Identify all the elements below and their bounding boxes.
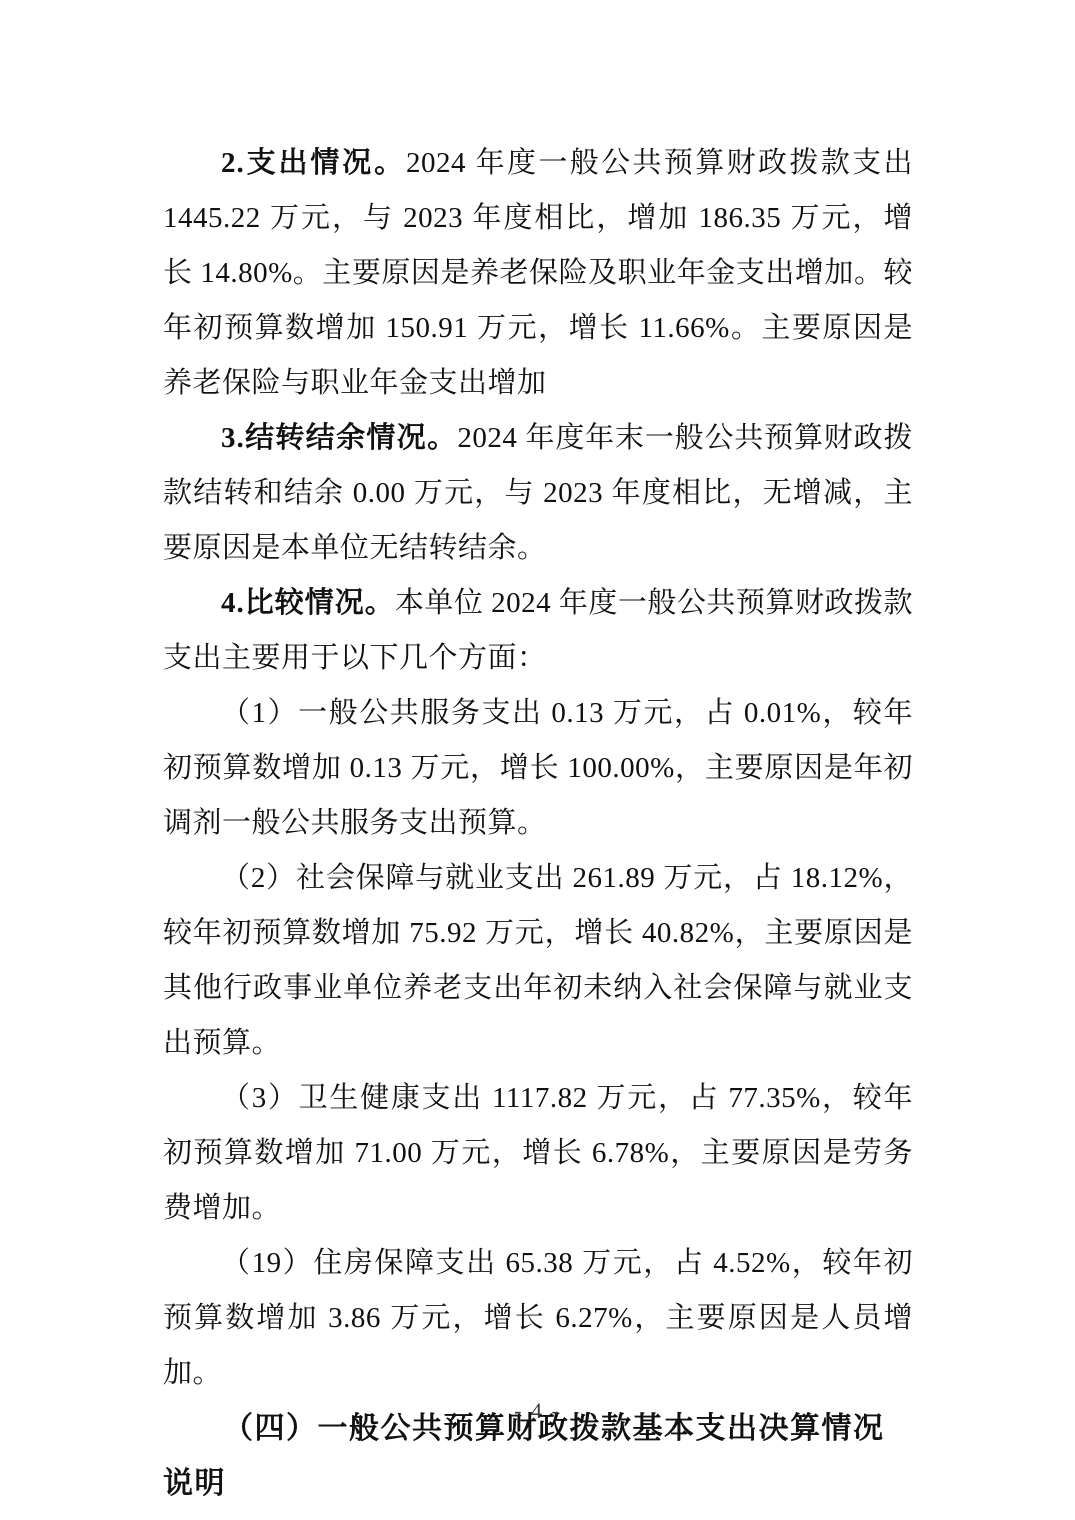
paragraph-text: （19）住房保障支出 65.38 万元，占 4.52%，较年初预算数增加 3.8… (163, 1247, 913, 1389)
paragraph-item-1-general-public-services: （1）一般公共服务支出 0.13 万元，占 0.01%，较年初预算数增加 0.1… (163, 686, 913, 851)
paragraph-text: （2）社会保障与就业支出 261.89 万元，占 18.12%，较年初预算数增加… (163, 862, 913, 1059)
page-footer: - 4 - (0, 1398, 1075, 1424)
paragraph-item-3-health: （3）卫生健康支出 1117.82 万元，占 77.35%，较年初预算数增加 7… (163, 1071, 913, 1236)
document-page: 2.支出情况。2024 年度一般公共预算财政拨款支出 1445.22 万元，与 … (0, 0, 1075, 1520)
document-body: 2.支出情况。2024 年度一般公共预算财政拨款支出 1445.22 万元，与 … (163, 136, 913, 1511)
paragraph-item-2-social-security-employment: （2）社会保障与就业支出 261.89 万元，占 18.12%，较年初预算数增加… (163, 851, 913, 1071)
paragraph-lead: 4.比较情况。 (221, 587, 395, 619)
paragraph-lead: 3.结转结余情况。 (221, 422, 457, 454)
page-number: - 4 - (514, 1398, 561, 1423)
paragraph-text: （3）卫生健康支出 1117.82 万元，占 77.35%，较年初预算数增加 7… (163, 1082, 913, 1224)
paragraph-text: 2024 年度一般公共预算财政拨款支出 1445.22 万元，与 2023 年度… (163, 147, 913, 399)
paragraph-comparison: 4.比较情况。本单位 2024 年度一般公共预算财政拨款支出主要用于以下几个方面… (163, 576, 913, 686)
paragraph-item-19-housing-security: （19）住房保障支出 65.38 万元，占 4.52%，较年初预算数增加 3.8… (163, 1236, 913, 1401)
paragraph-expenditure-situation: 2.支出情况。2024 年度一般公共预算财政拨款支出 1445.22 万元，与 … (163, 136, 913, 411)
paragraph-carryover-balance: 3.结转结余情况。2024 年度年末一般公共预算财政拨款结转和结余 0.00 万… (163, 411, 913, 576)
paragraph-lead: 2.支出情况。 (221, 147, 406, 179)
paragraph-text: （1）一般公共服务支出 0.13 万元，占 0.01%，较年初预算数增加 0.1… (163, 697, 913, 839)
